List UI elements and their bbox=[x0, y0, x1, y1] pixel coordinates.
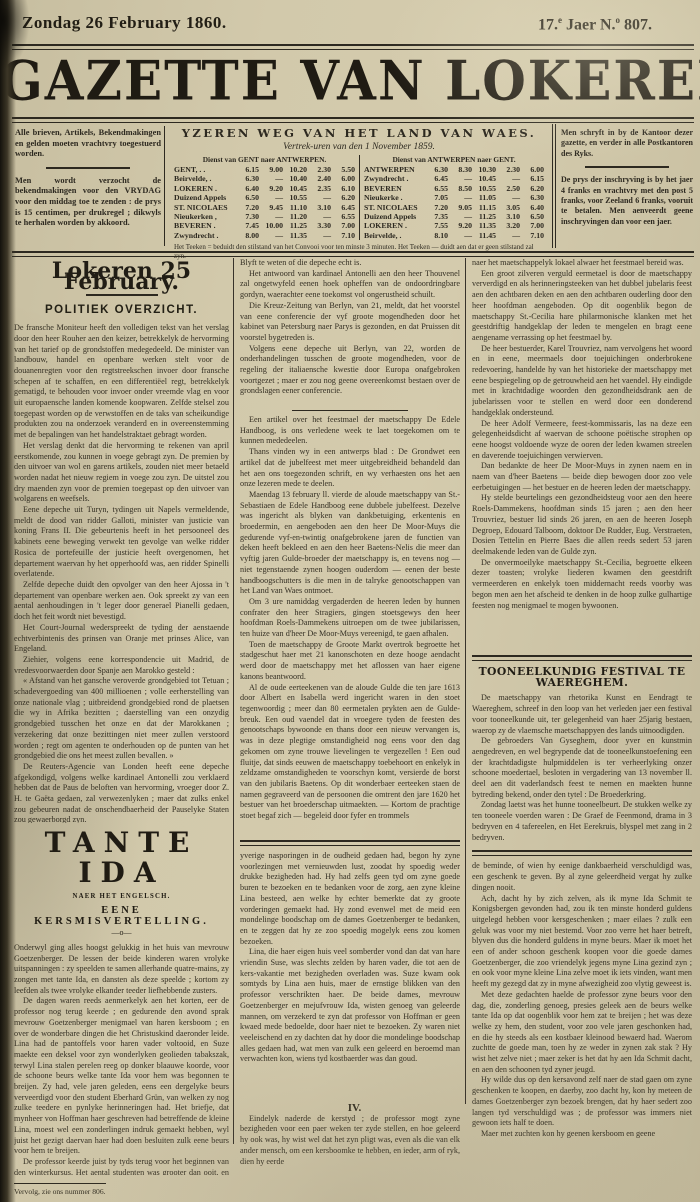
station-name: Beirvelde, . bbox=[174, 174, 235, 183]
time-cell: 3.05 bbox=[496, 203, 520, 212]
paragraph: Dan bedankte de heer De Moor-Muys in zyn… bbox=[472, 461, 692, 493]
paragraph: Lina, die haer eigen huis veel somberder… bbox=[240, 947, 460, 1065]
time-cell: — bbox=[259, 231, 283, 240]
header-rule-bottom bbox=[12, 117, 694, 123]
info-band: Alle brieven, Artikels, Bekendmakingen e… bbox=[12, 124, 694, 250]
paragraph: Eindelyk naderde de kerstyd ; de profess… bbox=[240, 1114, 460, 1168]
timetable-gent-antwerpen: Dienst van GENT naer ANTWERPEN. GENT, . … bbox=[170, 155, 359, 240]
column-1: Lokeren 25 February. POLITIEK OVERZICHT.… bbox=[14, 258, 229, 1202]
time-cell: 7.45 bbox=[235, 221, 259, 230]
issue-part: 17. bbox=[538, 16, 558, 33]
station-name: GENT, . . bbox=[174, 165, 235, 174]
paragraph: de beminde, of wien hy eenige dankbaerhe… bbox=[472, 861, 692, 893]
paragraph: Hy wilde dus op den kersavond zelf naer … bbox=[472, 1075, 692, 1129]
time-cell: 11.05 bbox=[472, 193, 496, 202]
time-cell: 3.10 bbox=[307, 203, 331, 212]
time-cell: 7.30 bbox=[235, 212, 259, 221]
table-row: Zwyndrecht .8.00—11.35—7.10 bbox=[174, 231, 355, 240]
time-cell: 7.10 bbox=[520, 231, 544, 240]
paragraph: Het verslag denkt dat die hervorming te … bbox=[14, 441, 229, 505]
story-text: Onderwyl ging alles hoogst gelukkig in h… bbox=[14, 943, 229, 1175]
paragraph: « Afstand van het gansche veroverde gron… bbox=[14, 676, 229, 762]
paragraph: Met deze gedachten haelde de professor z… bbox=[472, 990, 692, 1076]
station-name: BEVEREN bbox=[364, 184, 424, 193]
column-divider-rule bbox=[233, 258, 234, 1144]
section-divider bbox=[240, 840, 460, 846]
time-cell: — bbox=[496, 231, 520, 240]
time-cell: 7.20 bbox=[235, 203, 259, 212]
handboog-article: Een artikel over het feestmael der maets… bbox=[240, 415, 460, 835]
time-cell: 11.35 bbox=[472, 221, 496, 230]
story-subtitle: NAER HET ENGELSCH. bbox=[14, 892, 229, 903]
time-cell: — bbox=[448, 231, 472, 240]
story-footnote: Vervolg, zie ons nummer 806. bbox=[14, 1183, 229, 1198]
time-cell: 6.45 bbox=[424, 174, 448, 183]
time-cell: 3.30 bbox=[307, 221, 331, 230]
timetable-antwerpen-gent: Dienst van ANTWERPEN naer GENT. ANTWERPE… bbox=[359, 155, 548, 240]
railway-timetable: YZEREN WEG VAN HET LAND VAN WAES. Vertre… bbox=[170, 126, 548, 260]
paragraph: Thans vinden wy in een antwerps blad : D… bbox=[240, 447, 460, 490]
paragraph: De Reuters-Agencie van Londen heeft eene… bbox=[14, 762, 229, 823]
notice-divider bbox=[46, 167, 130, 169]
station-name: ST. NICOLAES bbox=[174, 203, 235, 212]
paragraph: Een groot zilveren verguld eermetael is … bbox=[472, 269, 692, 344]
time-cell: — bbox=[259, 212, 283, 221]
time-cell: 7.35 bbox=[424, 212, 448, 221]
paragraph: De heer Adolf Vermeere, feest-kommissari… bbox=[472, 419, 692, 462]
station-name: BEVEREN . bbox=[174, 221, 235, 230]
station-name: Duizend Appels bbox=[364, 212, 424, 221]
time-cell: 5.50 bbox=[331, 165, 355, 174]
submission-notice: Alle brieven, Artikels, Bekendmakingen e… bbox=[15, 128, 161, 229]
time-cell: 6.10 bbox=[331, 184, 355, 193]
paragraph: De maetschappy van rhetorika Kunst en Ee… bbox=[472, 693, 692, 736]
time-cell: 10.55 bbox=[472, 184, 496, 193]
feuilleton-heading: TANTE IDA NAER HET ENGELSCH. EENE KERSMI… bbox=[14, 828, 229, 939]
paragraph: Hy stelde beurtelings een gezondheidsteu… bbox=[472, 493, 692, 557]
column-2: Blyft te weten of die depeche echt is. H… bbox=[240, 258, 460, 1202]
station-name: ANTWERPEN bbox=[364, 165, 424, 174]
time-cell: 6.50 bbox=[235, 193, 259, 202]
time-cell: 2.30 bbox=[496, 165, 520, 174]
chapter-heading: IV. bbox=[240, 1103, 460, 1114]
time-cell: 11.20 bbox=[283, 212, 307, 221]
time-cell: 11.25 bbox=[472, 212, 496, 221]
paragraph: De gebroeders Van Gyseghem, door yver en… bbox=[472, 736, 692, 800]
timetable-title: YZEREN WEG VAN HET LAND VAN WAES. bbox=[170, 126, 548, 140]
time-cell: 9.20 bbox=[259, 184, 283, 193]
time-cell: 8.00 bbox=[235, 231, 259, 240]
paragraph: De dagen waren reeds aenmerkelyk aen het… bbox=[14, 996, 229, 1157]
story-ornament: —o— bbox=[14, 928, 229, 939]
story-continuation: yverige nasporingen in de oudheid gedaen… bbox=[240, 851, 460, 1103]
news-continuation: Blyft te weten of die depeche echt is. H… bbox=[240, 258, 460, 406]
vertical-double-rule bbox=[552, 124, 556, 248]
time-cell: — bbox=[496, 174, 520, 183]
time-cell: 2.50 bbox=[496, 184, 520, 193]
time-cell: 11.45 bbox=[472, 231, 496, 240]
time-cell: 2.30 bbox=[307, 165, 331, 174]
time-cell: 10.40 bbox=[283, 174, 307, 183]
time-cell: 7.05 bbox=[424, 193, 448, 202]
column-divider-rule bbox=[465, 258, 466, 1104]
time-cell: 7.00 bbox=[520, 221, 544, 230]
time-cell: 6.20 bbox=[331, 193, 355, 202]
paragraph: Zelfde depeche duidt den opvolger van de… bbox=[14, 580, 229, 623]
time-cell: 6.40 bbox=[520, 203, 544, 212]
station-name: Nieukerken , bbox=[174, 212, 235, 221]
paragraph: Maendag 13 february ll. vierde de aloude… bbox=[240, 490, 460, 597]
time-cell: 10.45 bbox=[472, 174, 496, 183]
politics-article: De fransche Moniteur heeft den volledige… bbox=[14, 323, 229, 823]
table-row: LOKEREN .7.559.2011.353.207.00 bbox=[364, 221, 544, 230]
notice-paragraph: De prys der inschryving is by het jaer 4… bbox=[561, 175, 693, 227]
time-cell: — bbox=[307, 212, 331, 221]
story-chapter-text: Eindelyk naderde de kerstyd ; de profess… bbox=[240, 1114, 460, 1174]
column-3: naer het maetschappelyk lokael alwaer he… bbox=[472, 258, 692, 1202]
time-cell: 10.55 bbox=[283, 193, 307, 202]
paragraph: De heer bestuerder, Karel Trouvriez, nam… bbox=[472, 344, 692, 419]
page-left-edge-shadow bbox=[0, 0, 16, 1202]
newspaper-page: Zondag 26 February 1860. 17.e Jaer N.o 8… bbox=[0, 0, 700, 1202]
time-cell: 6.55 bbox=[424, 184, 448, 193]
time-cell: 8.30 bbox=[448, 165, 472, 174]
time-cell: 3.10 bbox=[496, 212, 520, 221]
paragraph: Al de oude eerteekenen van de aloude Gul… bbox=[240, 683, 460, 822]
table-row: Zwyndrecht .6.45—10.45—6.15 bbox=[364, 174, 544, 183]
table-row: LOKEREN .6.409.2010.452.356.10 bbox=[174, 184, 355, 193]
time-cell: — bbox=[259, 174, 283, 183]
time-cell: 7.55 bbox=[424, 221, 448, 230]
issue-part: 807. bbox=[620, 16, 652, 33]
paragraph: Toen de maetschappy de Groote Markt over… bbox=[240, 640, 460, 683]
station-name: Zwyndrecht . bbox=[174, 231, 235, 240]
paragraph: Om 3 ure namiddag vergaderden de heeren … bbox=[240, 597, 460, 640]
time-cell: — bbox=[448, 212, 472, 221]
station-name: LOKEREN . bbox=[364, 221, 424, 230]
paragraph: Het Court-Journal wederspreekt de tyding… bbox=[14, 623, 229, 655]
festival-article-title: TOONEELKUNDIG FESTIVAL TE WAEREGHEM. bbox=[472, 667, 692, 688]
notice-divider bbox=[585, 166, 669, 168]
corner-ink-blot bbox=[0, 0, 30, 70]
paragraph: De onvermoeilyke maetschappy St.-Cecilia… bbox=[472, 558, 692, 612]
time-cell: 2.40 bbox=[307, 174, 331, 183]
time-cell: 6.40 bbox=[235, 184, 259, 193]
time-cell: — bbox=[307, 231, 331, 240]
table-row: ST. NICOLAES7.209.4511.103.106.45 bbox=[174, 203, 355, 212]
paragraph: Maer met zuchten kon hy geenen kersboom … bbox=[472, 1129, 692, 1140]
paragraph: Volgens eene depeche uit Berlyn, van 22,… bbox=[240, 344, 460, 398]
time-cell: 11.15 bbox=[472, 203, 496, 212]
section-divider bbox=[472, 655, 692, 661]
section-divider bbox=[472, 850, 692, 856]
masthead-title: GAZETTE VAN LOKEREN. bbox=[0, 46, 700, 117]
time-cell: — bbox=[259, 193, 283, 202]
notice-paragraph: Men schryft in by de Kantoor dezer gazet… bbox=[561, 128, 693, 159]
festival-article: De maetschappy van rhetorika Kunst en Ee… bbox=[472, 693, 692, 845]
time-cell: 7.10 bbox=[331, 231, 355, 240]
paragraph: naer het maetschappelyk lokael alwaer he… bbox=[472, 258, 692, 269]
subscription-notice: Men schryft in by de Kantoor dezer gazet… bbox=[561, 128, 693, 227]
time-cell: 11.25 bbox=[283, 221, 307, 230]
time-cell: 8.10 bbox=[424, 231, 448, 240]
station-name: LOKEREN . bbox=[174, 184, 235, 193]
time-cell: 7.20 bbox=[424, 203, 448, 212]
paragraph: Ach, dacht hy by zich zelven, als ik myn… bbox=[472, 894, 692, 990]
paragraph: De fransche Moniteur heeft den volledige… bbox=[14, 323, 229, 441]
footnote-rule bbox=[14, 1183, 106, 1184]
feast-article-continuation: naer het maetschappelyk lokael alwaer he… bbox=[472, 258, 692, 650]
time-cell: 6.55 bbox=[331, 212, 355, 221]
time-cell: 6.00 bbox=[520, 165, 544, 174]
paragraph: Blyft te weten of die depeche echt is. bbox=[240, 258, 460, 269]
time-cell: 9.00 bbox=[259, 165, 283, 174]
station-name: Beirvelde, . bbox=[364, 231, 424, 240]
issue-part: Jaer N. bbox=[562, 16, 615, 33]
footnote-text: Vervolg, zie ons nummer 806. bbox=[14, 1187, 229, 1198]
paragraph: Eene depeche uit Turyn, tydingen uit Nap… bbox=[14, 505, 229, 580]
table-row: GENT, . .6.159.0010.202.305.50 bbox=[174, 165, 355, 174]
table-row: Beirvelde, .8.10—11.45—7.10 bbox=[364, 231, 544, 240]
time-cell: 10.30 bbox=[472, 165, 496, 174]
station-name: Zwyndrecht . bbox=[364, 174, 424, 183]
timetable-column-header: Dienst van ANTWERPEN naer GENT. bbox=[364, 155, 544, 164]
paragraph: Zondag laetst was het hunne tooneelbeurt… bbox=[472, 800, 692, 843]
station-name: ST. NICOLAES bbox=[364, 203, 424, 212]
time-cell: 6.20 bbox=[520, 184, 544, 193]
time-cell: 8.50 bbox=[448, 184, 472, 193]
table-row: Duizend Appels6.50—10.55—6.20 bbox=[174, 193, 355, 202]
station-name: Nieukerke . bbox=[364, 193, 424, 202]
heading-divider bbox=[86, 294, 158, 296]
body-top-rule bbox=[12, 251, 694, 257]
table-row: Duizend Appels7.35—11.253.106.50 bbox=[364, 212, 544, 221]
time-cell: — bbox=[307, 193, 331, 202]
time-cell: 6.30 bbox=[235, 174, 259, 183]
paragraph: Ziehier, volgens eene korrespondencie ui… bbox=[14, 655, 229, 676]
time-cell: — bbox=[496, 193, 520, 202]
notice-paragraph: Alle brieven, Artikels, Bekendmakingen e… bbox=[15, 128, 161, 160]
dateline-heading: Lokeren 25 February. bbox=[14, 258, 229, 287]
time-cell: 9.05 bbox=[448, 203, 472, 212]
time-cell: 11.35 bbox=[283, 231, 307, 240]
paragraph: yverige nasporingen in de oudheid gedaen… bbox=[240, 851, 460, 947]
timetable-body: Dienst van GENT naer ANTWERPEN. GENT, . … bbox=[170, 155, 548, 240]
vertical-rule bbox=[164, 126, 165, 246]
timetable-column-header: Dienst van GENT naer ANTWERPEN. bbox=[174, 155, 355, 164]
time-cell: 9.20 bbox=[448, 221, 472, 230]
time-cell: 3.20 bbox=[496, 221, 520, 230]
notice-paragraph: Men wordt verzocht de bekendmakingen voo… bbox=[15, 176, 161, 229]
story-title: TANTE IDA bbox=[14, 828, 229, 888]
issue-number: 17.e Jaer N.o 807. bbox=[420, 15, 652, 34]
edition-date: Zondag 26 February 1860. bbox=[22, 13, 227, 33]
station-name: Duizend Appels bbox=[174, 193, 235, 202]
time-cell: 6.30 bbox=[424, 165, 448, 174]
time-cell: 11.10 bbox=[283, 203, 307, 212]
time-cell: 10.00 bbox=[259, 221, 283, 230]
table-row: BEVEREN6.558.5010.552.506.20 bbox=[364, 184, 544, 193]
table-row: ANTWERPEN6.308.3010.302.306.00 bbox=[364, 165, 544, 174]
table-row: Beirvelde, .6.30—10.402.406.00 bbox=[174, 174, 355, 183]
paragraph: De professor keerde juist by tyds terug … bbox=[14, 1157, 229, 1175]
article-divider bbox=[292, 410, 408, 411]
timetable-subtitle: Vertrek-uren van den 1 November 1859. bbox=[170, 142, 548, 152]
time-cell: 9.45 bbox=[259, 203, 283, 212]
paragraph: Het antwoord van kardinael Antonelli aen… bbox=[240, 269, 460, 301]
story-continuation: de beminde, of wien hy eenige dankbaerhe… bbox=[472, 861, 692, 1191]
paragraph: Die Kreuz-Zeitung van Berlyn, van 21, me… bbox=[240, 301, 460, 344]
table-row: Nieukerken ,7.30—11.20—6.55 bbox=[174, 212, 355, 221]
time-cell: 6.30 bbox=[520, 193, 544, 202]
table-row: Nieukerke .7.05—11.05—6.30 bbox=[364, 193, 544, 202]
time-cell: 2.35 bbox=[307, 184, 331, 193]
time-cell: — bbox=[448, 174, 472, 183]
section-title-politiek-overzicht: POLITIEK OVERZICHT. bbox=[14, 305, 229, 316]
time-cell: 10.45 bbox=[283, 184, 307, 193]
table-row: BEVEREN .7.4510.0011.253.307.00 bbox=[174, 221, 355, 230]
time-cell: 6.15 bbox=[520, 174, 544, 183]
table-row: ST. NICOLAES7.209.0511.153.056.40 bbox=[364, 203, 544, 212]
time-cell: 6.00 bbox=[331, 174, 355, 183]
time-cell: — bbox=[448, 193, 472, 202]
time-cell: 7.00 bbox=[331, 221, 355, 230]
story-subtitle-2: EENE KERSMISVERTELLING. bbox=[14, 906, 229, 927]
time-cell: 10.20 bbox=[283, 165, 307, 174]
time-cell: 6.50 bbox=[520, 212, 544, 221]
time-cell: 6.45 bbox=[331, 203, 355, 212]
paragraph: Onderwyl ging alles hoogst gelukkig in h… bbox=[14, 943, 229, 997]
paragraph: Een artikel over het feestmael der maets… bbox=[240, 415, 460, 447]
time-cell: 6.15 bbox=[235, 165, 259, 174]
